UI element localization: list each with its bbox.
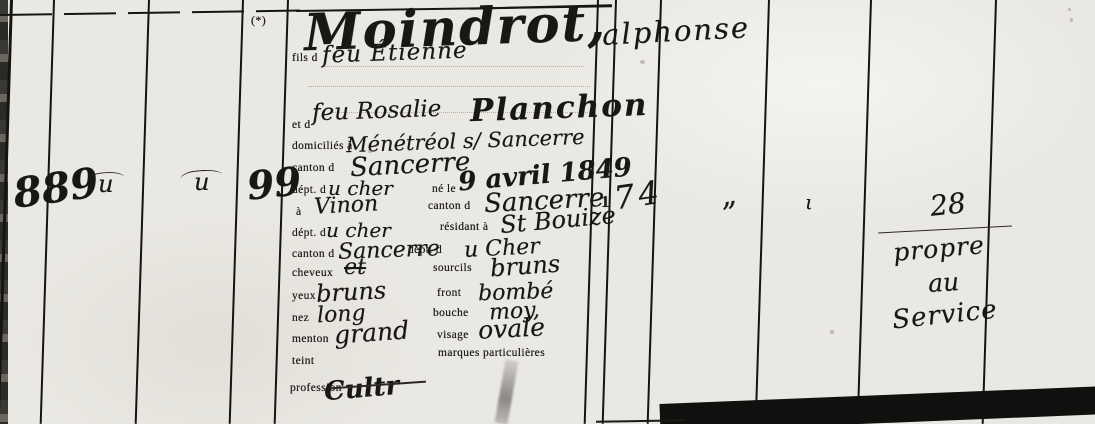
profession-value: Cultr	[323, 371, 401, 407]
paper-speckle	[830, 330, 834, 334]
label-residant: résidant à	[440, 221, 488, 233]
ditto-mark: u	[194, 168, 209, 196]
sourcils-value: bruns	[489, 250, 561, 283]
label-yeux: yeux	[292, 290, 316, 302]
father-value: feu Étienne	[322, 37, 468, 68]
label-nez: nez	[292, 312, 309, 324]
label-dept-birth: dépt. d	[292, 227, 326, 239]
form-box-left-border	[274, 0, 290, 424]
firstname-value: alphonse	[601, 10, 751, 52]
visage-value: ovale	[477, 312, 545, 344]
matricule-number: 889	[10, 158, 101, 217]
decision-line3: Service	[891, 295, 999, 336]
mother-surname-value: Planchon	[469, 87, 648, 129]
height-value: 74	[612, 173, 666, 217]
paper-speckle	[1068, 8, 1071, 11]
dotted-guide-line	[308, 86, 590, 88]
printed-number-one: 1	[601, 192, 610, 212]
label-canton-domicile: canton d	[292, 162, 334, 174]
label-canton-residence: canton d	[292, 248, 334, 260]
paper-speckle	[368, 150, 372, 153]
decision-line1: propre	[892, 230, 986, 267]
cheveux-value: et	[344, 255, 366, 280]
decision-line2: au	[927, 267, 960, 298]
label-domicilies: domiciliés à	[292, 140, 353, 152]
label-et: et d	[292, 119, 311, 131]
paper-speckle	[1070, 18, 1073, 22]
birth-place-value: Vinon	[313, 191, 378, 219]
bottom-page-shadow	[659, 386, 1095, 424]
label-canton-birth: canton d	[428, 200, 470, 212]
label-teint: teint	[292, 355, 314, 367]
column-divider	[135, 0, 150, 424]
label-cheveux: cheveux	[292, 267, 333, 279]
label-front: front	[437, 287, 461, 299]
register-page-scan: 889 u u 99 (*) Moindrot, alphonse fils d…	[0, 0, 1095, 424]
pencil-smudge	[495, 359, 519, 424]
footnote-marker: (*)	[251, 13, 266, 28]
ditto-mark: „	[717, 177, 738, 214]
menton-value: grand	[333, 315, 410, 349]
label-menton: menton	[292, 333, 329, 345]
label-sourcils: sourcils	[433, 262, 472, 274]
column-divider	[229, 0, 244, 424]
label-a: à	[296, 206, 302, 218]
label-marques: marques particulières	[438, 347, 545, 359]
label-bouche: bouche	[433, 307, 469, 319]
ditto-mark: ι	[805, 190, 813, 214]
column-divider	[857, 0, 872, 424]
label-dept-residence: dépt. d	[408, 244, 442, 256]
label-ne-le: né le	[432, 183, 456, 195]
column-divider	[982, 0, 997, 424]
paper-speckle	[640, 60, 645, 64]
mother-given-value: feu Rosalie	[312, 96, 442, 126]
column-divider	[755, 0, 770, 424]
label-visage: visage	[437, 329, 469, 341]
ditto-mark: u	[98, 170, 113, 198]
decision-number: 28	[928, 186, 967, 223]
label-fils: fils d	[292, 52, 318, 64]
